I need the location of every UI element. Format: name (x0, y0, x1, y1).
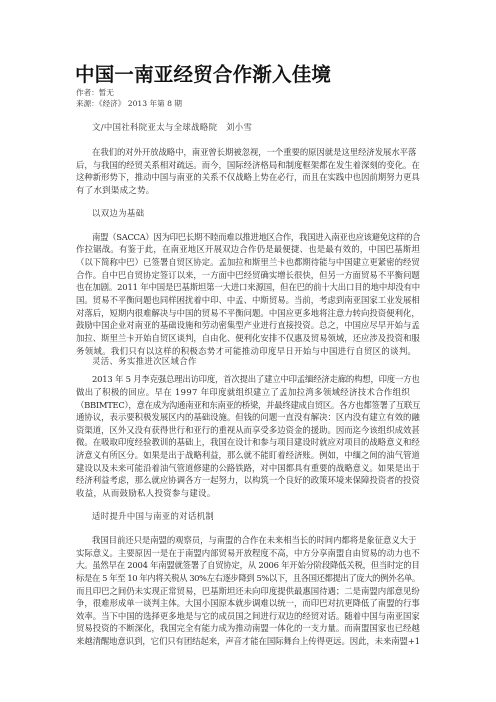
article-title: 中国一南亚经贸合作渐入佳境 (75, 64, 331, 86)
paragraph-line: 微。在吸取印度经验教训的基础上，我国在设计和参与项目建设时就应对项目的战略意义和… (76, 437, 420, 447)
paragraph-line: 也在加剧。2011 年中国是巴基斯坦第一大进口来源国，但在巴的前十大出口目的地中… (76, 282, 420, 292)
paragraph-line: 资渠道，区外又没有获得世行和亚行的重视从而享受多边资金的援助。因而迄今该组织成效… (76, 425, 420, 435)
paragraph-line: 而且印巴之间仍未实现正常贸易，巴基斯坦还未向印度提供最惠国待遇；二是南盟内部意见… (76, 586, 420, 596)
paragraph-line: 在我们的对外开放战略中，南亚曾长期被忽视，一个重要的原因就是这里经济发展水平落 (92, 147, 436, 157)
paragraph-line: （BBIMTEC），意在成为沟通南亚和东南亚的桥梁，并最终建成自贸区。各方也都签… (76, 400, 420, 410)
document-page: 中国一南亚经贸合作渐入佳境 作者：暂无 来源：《经济》 2013 年第 8 期 … (0, 0, 496, 702)
paragraph-line: 加拉、斯里兰卡开始自贸区谈判，自由化、便利化安排不仅惠及贸易领域，还应涉及投资和… (76, 333, 420, 343)
paragraph-line: 我国目前还只是南盟的观察员，与南盟的合作在未来相当长的时间内都将是象征意义大于 (92, 535, 436, 545)
paragraph-line: 贸易投资的不断深化，我国完全有能力成为推动南盟一体化的一支力量。而南盟国家也已经… (76, 623, 420, 633)
section-heading: 适时提升中国与南亚的对话机制 (92, 511, 214, 521)
paragraph-line: 标是在 5 年至 10 年内将关税从 30%左右逐步降到 5%以下，且各国还都提… (76, 573, 420, 583)
source-line: 来源：《经济》 2013 年第 8 期 (76, 99, 182, 109)
paragraph-line: 有了水到渠成之势。 (76, 185, 420, 195)
paragraph-line: 通协议，表示要积极发展区内的基础设施。但钱的问题一直没有解决：区内没有建立有效的… (76, 412, 420, 422)
paragraph-line: （以下简称中巴）已签署自贸区协定。孟加拉和斯里兰卡也都期待能与中国建立更紧密的经… (76, 257, 420, 267)
paragraph-line: 效率。当下中国的选择更多地是与它的成员国之间进行双边的经贸对话。随着中国与南亚国… (76, 611, 420, 621)
paragraph-line: 合作。自中巴自贸协定签订以来，一方面中巴经贸确实增长很快，但另一方面贸易不平衡问… (76, 270, 420, 280)
paragraph-line: 经济利益考虑，那么就应协调各方一起努力，以构筑一个良好的政策环境来保障投资者的投… (76, 475, 420, 485)
paragraph-line: 鼓励中国企业对南亚的基础设施和劳动密集型产业进行直接投资。总之，中国应尽早开始与… (76, 320, 420, 330)
paragraph-line: 作拉锯战。有鉴于此，在南亚地区开展双边合作仍是最便捷、也是最有效的，中国巴基斯坦 (76, 244, 420, 254)
paragraph-line: 南盟（SACCA）因为印巴长期不睦而难以推进地区合作，我国进入南亚也应该避免这样… (92, 232, 436, 242)
paragraph-line: 国。贸易不平衡问题也同样困扰着中印、中孟、中斯贸易。当前，考虑到南亚国家工业发展… (76, 295, 420, 305)
paragraph-line: 济意义有所区分。如果是出于战略利益，那么就不能盯着经济账。例如，中缅之间的油气管… (76, 450, 420, 460)
author-line: 作者：暂无 (76, 88, 114, 98)
paragraph-line: 2013 年 5 月李克强总理出访印度，首次提出了建立中印孟缅经济走廊的构想，印… (92, 374, 436, 384)
paragraph-line: 务领域。我们只有以这样的积极态势才可能推动印度早日开始与中国进行自贸区的谈判。 (76, 346, 420, 356)
paragraph-line: 对落后，短期内很难解决与中国的贸易不平衡问题。中国应更多地将注意力转向投资便利化… (76, 308, 420, 318)
paragraph-line: 实际意义。主要原因一是在于南盟内部贸易开放程度不高，中方分享南盟自由贸易的动力也… (76, 548, 420, 558)
paragraph-line: 大。虽然早在 2004 年南盟就签署了自贸协定，从 2006 年开始分阶段降低关… (76, 560, 420, 570)
paragraph-line: 这种新形势下，推动中国与南亚的关系不仅战略上势在必行，而且在实践中也因前期努力更… (76, 172, 420, 182)
paragraph-line: 来越清醒地意识到，它们只有团结起来，声音才能在国际舞台上传得更远。因此，未来南盟… (76, 636, 420, 646)
paragraph-line: 后，与我国的经贸关系相对疏远。而今，国际经济格局和制度框架都在发生着深刻的变化。… (76, 160, 420, 170)
paragraph-line: 收益，从而鼓励私人投资参与建设。 (76, 488, 420, 498)
paragraph-line: 做出了积极的回应。早在 1997 年印度就组织建立了孟加拉湾多领域经济技术合作组… (76, 387, 420, 397)
paragraph-line: 建设以及未来可能沿着油气管道修建的公路铁路，对中国都具有重要的战略意义。如果是出… (76, 463, 420, 473)
paragraph-line: 争，很难形成单一谈判主体。大国小国原本就步调难以统一，而印巴对抗更降低了南盟的行… (76, 598, 420, 608)
section-heading: 以双边为基础 (92, 208, 144, 218)
byline: 文/中国社科院亚太与全球战略院 刘小雪 (92, 122, 252, 132)
section-heading: 灵活、务实推进次区域合作 (92, 356, 197, 366)
